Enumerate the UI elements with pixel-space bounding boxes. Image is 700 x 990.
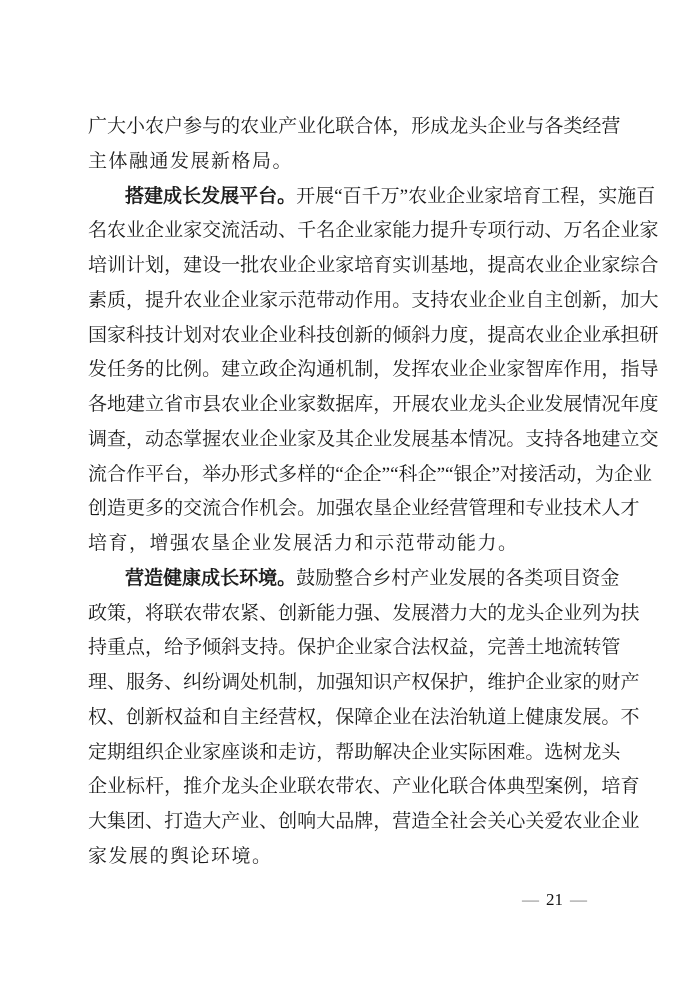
text-line: 营造健康成长环境。鼓励整合乡村产业发展的各类项目资金 [125,562,613,597]
text-line: 权、创新权益和自主经营权，保障企业在法治轨道上健康发展。不 [88,701,613,736]
text-line: 政策，将联农带农紧、创新能力强、发展潜力大的龙头企业列为扶 [88,597,613,632]
text-line: 培育，增强农垦企业发展活力和示范带动能力。 [88,527,613,562]
text-line: 名农业企业家交流活动、千名企业家能力提升专项行动、万名企业家 [88,214,613,249]
text-line: 调查，动态掌握农业企业家及其企业发展基本情况。支持各地建立交 [88,423,613,458]
text-line: 国家科技计划对农业企业科技创新的倾斜力度，提高农业企业承担研 [88,319,613,354]
text-line: 培训计划，建设一批农业企业家培育实训基地，提高农业企业家综合 [88,249,613,284]
text-line: 持重点，给予倾斜支持。保护企业家合法权益，完善土地流转管 [88,631,613,666]
text-line: 各地建立省市县农业企业家数据库，开展农业龙头企业发展情况年度 [88,388,613,423]
document-body: 广大小农户参与的农业产业化联合体，形成龙头企业与各类经营主体融通发展新格局。搭建… [88,110,613,875]
text-line: 广大小农户参与的农业产业化联合体，形成龙头企业与各类经营 [88,110,613,145]
document-page: 广大小农户参与的农业产业化联合体，形成龙头企业与各类经营主体融通发展新格局。搭建… [0,0,700,990]
text-line: 大集团、打造大产业、创响大品牌，营造全社会关心关爱农业企业 [88,805,613,840]
footer-dash-left: — [515,890,546,909]
text-line: 主体融通发展新格局。 [88,145,613,180]
text-line: 家发展的舆论环境。 [88,840,613,875]
text-line: 定期组织企业家座谈和走访，帮助解决企业实际困难。选树龙头 [88,736,613,771]
text-line: 搭建成长发展平台。开展“百千万”农业企业家培育工程，实施百 [125,180,613,215]
footer-dash-right: — [563,890,594,909]
page-number: 21 [546,890,563,909]
text-line: 创造更多的交流合作机会。加强农垦企业经营管理和专业技术人才 [88,492,613,527]
page-footer: —21— [515,888,594,912]
text-line: 企业标杆，推介龙头企业联农带农、产业化联合体典型案例，培育 [88,770,613,805]
text-line: 素质，提升农业企业家示范带动作用。支持农业企业自主创新，加大 [88,284,613,319]
text-line: 发任务的比例。建立政企沟通机制，发挥农业企业家智库作用，指导 [88,353,613,388]
text-line: 理、服务、纠纷调处机制，加强知识产权保护，维护企业家的财产 [88,666,613,701]
text-line: 流合作平台，举办形式多样的“企企”“科企”“银企”对接活动，为企业 [88,458,613,493]
